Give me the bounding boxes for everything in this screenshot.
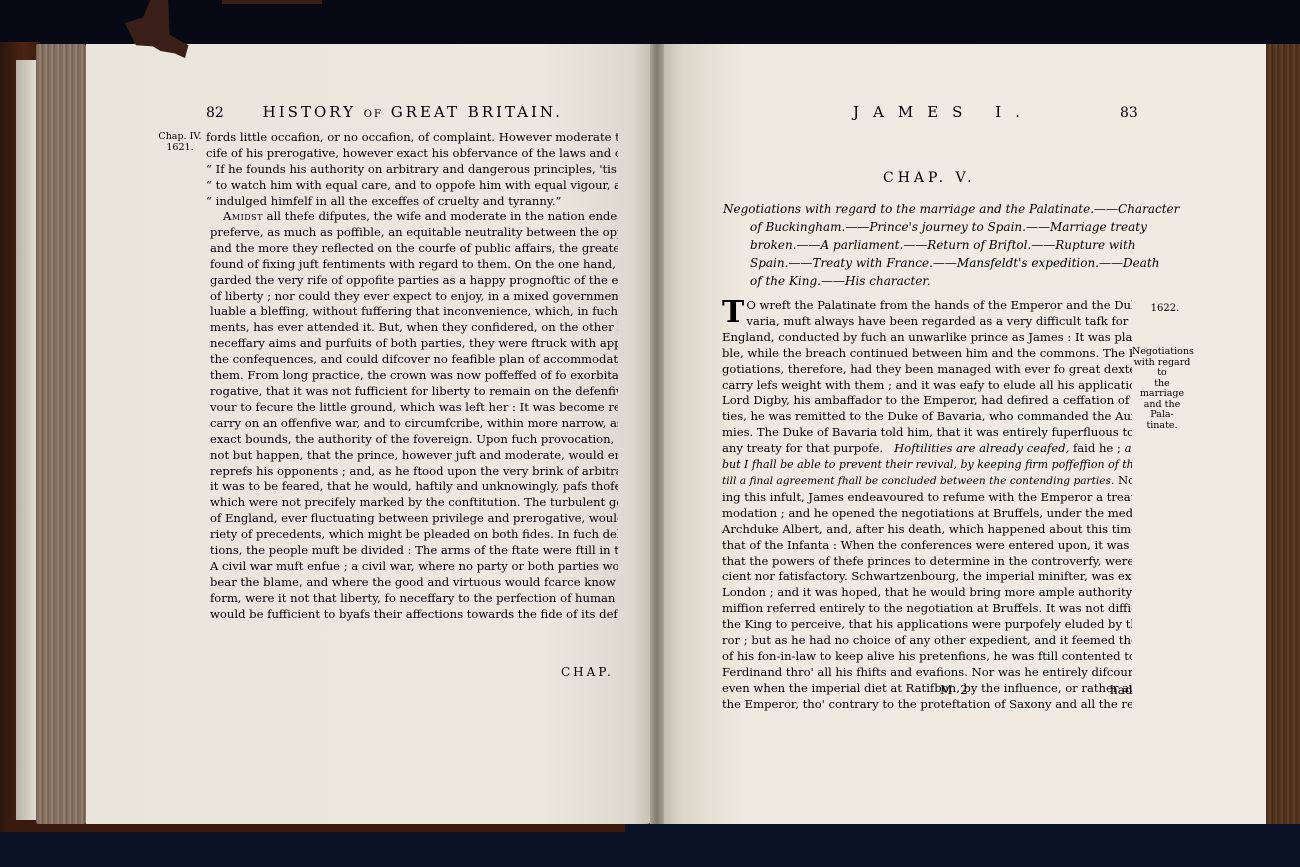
italic-quote: till a final agreement fhall be conclude… <box>722 475 1114 487</box>
text-line: the Emperor, tho' contrary to the protef… <box>722 697 1132 713</box>
text-line: A civil war muft enfue ; a civil war, wh… <box>210 559 618 575</box>
running-head-james: JAMES I. <box>853 103 1034 121</box>
text-line: carry on an offenfive war, and to circum… <box>210 416 618 432</box>
text-line: any treaty for that purpofe. Hoftilities… <box>722 441 1132 457</box>
argument-line: of the King.——His character. <box>750 272 1132 290</box>
margin-note-line: Negotiations <box>1132 347 1192 358</box>
right-page-number-wrap: 83 <box>1120 103 1138 121</box>
book-gutter <box>650 44 664 824</box>
text-line: England, conducted by fuch an unwarlike … <box>722 330 1132 346</box>
text-line: not but happen, that the prince, however… <box>210 448 618 464</box>
running-head-of: OF <box>364 109 383 120</box>
text-line: even when the imperial diet at Ratifbon,… <box>722 681 1132 697</box>
argument-line: broken.——A parliament.——Return of Brifto… <box>750 236 1132 254</box>
left-paragraph-2: Amidst all thefe difputes, the wife and … <box>210 209 618 623</box>
text-line: garded the very rife of oppofite parties… <box>210 273 618 289</box>
text-line: that the powers of thefe princes to dete… <box>722 554 1132 570</box>
text-line: luable a bleffing, without fuffering tha… <box>210 304 618 320</box>
margin-note-chapter: Chap. IV. <box>155 131 205 142</box>
text-line: reprefs his opponents ; and, as he ftood… <box>210 464 618 480</box>
text-fragment: any treaty for that purpofe. <box>722 441 883 455</box>
text-line: “ If he founds his authority on arbitrar… <box>206 162 618 178</box>
text-fragment: all thefe difputes, the wife and moderat… <box>263 209 618 223</box>
text-line: Ferdinand thro' all his fhifts and evafi… <box>722 665 1132 681</box>
right-catchword: had <box>1110 683 1133 697</box>
text-line: them. From long practice, the crown was … <box>210 368 618 384</box>
paragraph-initial-word: Amidst <box>223 209 263 223</box>
text-line: that of the Infanta : When the conferenc… <box>722 538 1132 554</box>
text-fragment: faid he ; <box>1069 441 1121 455</box>
running-head-history: HISTORY <box>263 103 356 121</box>
text-line: ror ; but as he had no choice of any oth… <box>722 633 1132 649</box>
argument-line: Spain.——Treaty with France.——Mansfeldt's… <box>750 254 1132 272</box>
margin-note-year: 1621. <box>155 142 205 153</box>
chapter-heading: CHAP. V. <box>883 170 976 186</box>
page-edges-right <box>1266 44 1300 824</box>
right-page-number: 83 <box>1120 105 1138 121</box>
text-line: neceffary aims and purfuits of both part… <box>210 336 618 352</box>
text-line: would be fufficient to byafs their affec… <box>210 607 618 623</box>
text-line: gotiations, therefore, had they been man… <box>722 362 1132 378</box>
text-line: ing this infult, James endeavoured to re… <box>722 490 1132 506</box>
text-line: mies. The Duke of Bavaria told him, that… <box>722 425 1132 441</box>
chapter-argument: Negotiations with regard to the marriage… <box>750 200 1132 290</box>
argument-line: Negotiations with regard to the marriage… <box>723 200 1132 218</box>
margin-note-line: with regard to <box>1132 358 1192 379</box>
text-line: found of fixing juft fentiments with reg… <box>210 257 618 273</box>
text-line: London ; and it was hoped, that he would… <box>722 585 1132 601</box>
argument-line: of Buckingham.——Prince's journey to Spai… <box>750 218 1132 236</box>
text-line: and the more they reflected on the courf… <box>210 241 618 257</box>
right-margin-note: Negotiations with regard to the marriage… <box>1132 347 1192 431</box>
margin-year-1622: 1622. <box>1140 303 1190 314</box>
text-line: tions, the people muft be divided : The … <box>210 543 618 559</box>
text-line: of liberty ; nor could they ever expect … <box>210 289 618 305</box>
text-line: cife of his prerogative, however exact h… <box>206 146 618 162</box>
background-top <box>0 0 1300 45</box>
page-edges-left <box>36 44 86 824</box>
text-line: ties, he was remitted to the Duke of Bav… <box>722 409 1132 425</box>
text-line: riety of precedents, which might be plea… <box>210 527 618 543</box>
right-running-head: JAMES I. <box>853 103 1034 121</box>
text-line: rogative, that it was not fufficient for… <box>210 384 618 400</box>
text-line: which were not precifely marked by the c… <box>210 495 618 511</box>
text-line: cient nor fatisfactory. Schwartzenbourg,… <box>722 569 1132 585</box>
text-line: it was to be feared, that he would, haft… <box>210 479 618 495</box>
margin-note-line: the marriage <box>1132 379 1192 400</box>
left-paragraph-1: fords little occafion, or no occafion, o… <box>206 130 618 210</box>
running-head-great-britain: GREAT BRITAIN. <box>391 103 563 121</box>
left-running-head: 82 HISTORY OF GREAT BRITAIN. <box>206 103 563 121</box>
bookmark-ribbon-tail <box>222 0 322 4</box>
text-line: “ indulged himfelf in all the exceffes o… <box>206 194 618 210</box>
text-line: miffion referred entirely to the negotia… <box>722 601 1132 617</box>
text-line: varia, muft always have been regarded as… <box>746 314 1132 330</box>
italic-quote: and I doubt not <box>1121 441 1132 455</box>
left-margin-note: Chap. IV. 1621. <box>155 131 205 153</box>
text-line: “ to watch him with equal care, and to o… <box>206 178 618 194</box>
text-line: Lord Digby, his ambaffador to the Empero… <box>722 393 1132 409</box>
drop-cap: T <box>722 299 744 327</box>
text-line: ments, has ever attended it. But, when t… <box>210 320 618 336</box>
text-line: modation ; and he opened the negotiation… <box>722 506 1132 522</box>
text-line: the King to perceive, that his applicati… <box>722 617 1132 633</box>
text-line: the confequences, and could difcover no … <box>210 352 618 368</box>
text-line: Archduke Albert, and, after his death, w… <box>722 522 1132 538</box>
signature-mark: M 2 <box>940 683 970 697</box>
text-line: Amidst all thefe difputes, the wife and … <box>210 209 618 225</box>
text-line: exact bounds, the authority of the fover… <box>210 432 618 448</box>
text-line: O wreft the Palatinate from the hands of… <box>746 298 1132 314</box>
text-line: ble, while the breach continued between … <box>722 346 1132 362</box>
text-line: form, were it not that liberty, fo necef… <box>210 591 618 607</box>
text-line: carry lefs weight with them ; and it was… <box>722 378 1132 394</box>
right-body-text: T O wreft the Palatinate from the hands … <box>722 298 1132 713</box>
margin-note-line: tinate. <box>1132 421 1192 432</box>
left-catchword: CHAP. <box>561 665 614 679</box>
italic-quote-line: but I fhall be able to prevent their rev… <box>722 457 1132 473</box>
text-line: till a final agreement fhall be conclude… <box>722 473 1132 490</box>
italic-quote: Hoftilities are already ceafed, <box>894 441 1069 455</box>
text-line: bear the blame, and where the good and v… <box>210 575 618 591</box>
text-fragment: Notwithftand- <box>1114 473 1132 487</box>
text-line: vour to fecure the little ground, which … <box>210 400 618 416</box>
text-line: of his fon-in-law to keep alive his pret… <box>722 649 1132 665</box>
text-line: preferve, as much as poffible, an equita… <box>210 225 618 241</box>
text-line: fords little occafion, or no occafion, o… <box>206 130 618 146</box>
margin-note-line: and the Pala- <box>1132 400 1192 421</box>
text-line: of England, ever fluctuating between pri… <box>210 511 618 527</box>
left-page-number: 82 <box>206 105 224 121</box>
